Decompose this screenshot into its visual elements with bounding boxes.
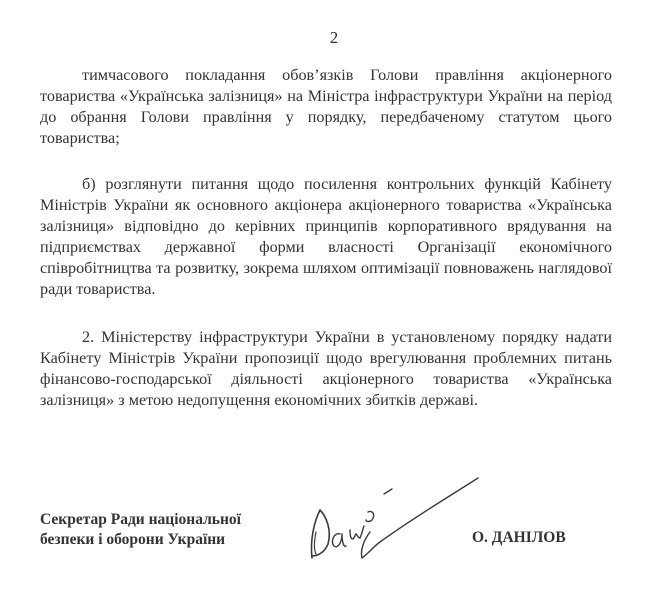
paragraph-interim-duties: тимчасового покладання обов’язків Голови… bbox=[40, 65, 612, 149]
paragraph-control-functions: б) розглянути питання щодо посилення кон… bbox=[40, 174, 612, 300]
signer-title: Секретар Ради національної безпеки і обо… bbox=[40, 510, 241, 550]
signature-icon bbox=[300, 472, 480, 567]
signer-title-line-1: Секретар Ради національної bbox=[40, 510, 241, 530]
page-number: 2 bbox=[0, 28, 668, 48]
signer-name: О. ДАНІЛОВ bbox=[472, 529, 566, 547]
paragraph-ministry-proposals: 2. Міністерству інфраструктури України в… bbox=[40, 327, 612, 411]
signer-title-line-2: безпеки і оборони України bbox=[40, 530, 241, 550]
